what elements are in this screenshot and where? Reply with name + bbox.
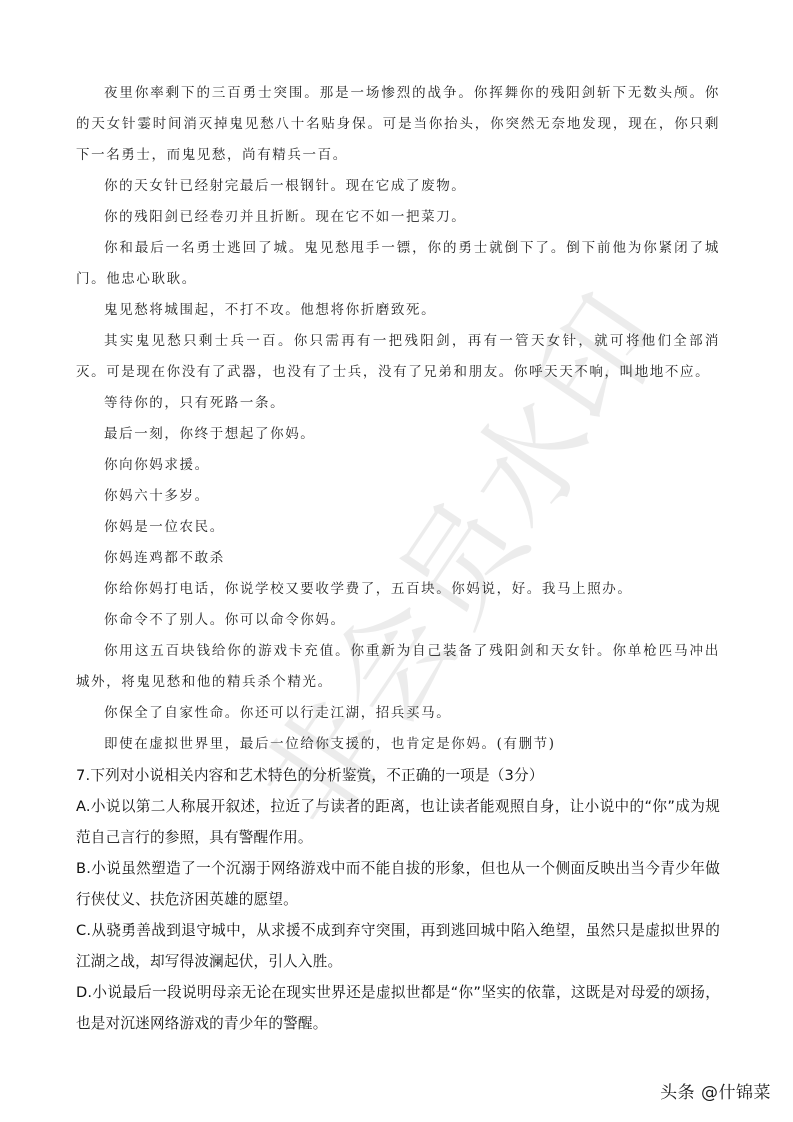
passage-paragraph: 你保全了自家性命。你还可以行走江湖，招兵买马。 bbox=[76, 698, 720, 729]
passage-paragraph: 你给你妈打电话，你说学校又要收学费了，五百块。你妈说，好。我马上照办。 bbox=[76, 574, 720, 605]
passage-paragraph: 你的天女针已经射完最后一根钢针。现在它成了废物。 bbox=[76, 171, 720, 202]
passage-paragraph: 其实鬼见愁只剩士兵一百。你只需再有一把残阳剑，再有一管天女针，就可将他们全部消灭… bbox=[76, 326, 720, 388]
option-label: B. bbox=[76, 860, 91, 877]
option-text: 小说最后一段说明母亲无论在现实世界还是虚拟世都是“你”坚实的依靠，这既是对母爱的… bbox=[76, 984, 720, 1032]
source-credit: 头条 @什锦菜 bbox=[660, 1078, 771, 1103]
option-text: 小说以第二人称展开叙述，拉近了与读者的距离，也让读者能观照自身，让小说中的“你”… bbox=[76, 798, 720, 846]
option-label: C. bbox=[76, 922, 91, 939]
passage-paragraph: 夜里你率剩下的三百勇士突围。那是一场惨烈的战争。你挥舞你的残阳剑斩下无数头颅。你… bbox=[76, 78, 720, 171]
passage-paragraph: 你的残阳剑已经卷刃并且折断。现在它不如一把菜刀。 bbox=[76, 202, 720, 233]
passage-paragraph: 你用这五百块钱给你的游戏卡充值。你重新为自己装备了残阳剑和天女针。你单枪匹马冲出… bbox=[76, 636, 720, 698]
option-a: A.小说以第二人称展开叙述，拉近了与读者的距离，也让读者能观照自身，让小说中的“… bbox=[76, 791, 720, 853]
passage-paragraph: 即使在虚拟世界里，最后一位给你支援的，也肯定是你妈。(有删节) bbox=[76, 729, 720, 760]
option-d: D.小说最后一段说明母亲无论在现实世界还是虚拟世都是“你”坚实的依靠，这既是对母… bbox=[76, 977, 720, 1039]
story-passage: 夜里你率剩下的三百勇士突围。那是一场惨烈的战争。你挥舞你的残阳剑斩下无数头颅。你… bbox=[76, 78, 720, 760]
passage-paragraph: 你妈六十多岁。 bbox=[76, 481, 720, 512]
passage-paragraph: 你命令不了别人。你可以命令你妈。 bbox=[76, 605, 720, 636]
passage-paragraph: 你妈是一位农民。 bbox=[76, 512, 720, 543]
passage-paragraph: 鬼见愁将城围起，不打不攻。他想将你折磨致死。 bbox=[76, 295, 720, 326]
question-7: 7.下列对小说相关内容和艺术特色的分析鉴赏，不正确的一项是（3分） A.小说以第… bbox=[76, 760, 720, 1039]
option-label: D. bbox=[76, 984, 92, 1001]
document-page: 夜里你率剩下的三百勇士突围。那是一场惨烈的战争。你挥舞你的残阳剑斩下无数头颅。你… bbox=[76, 78, 720, 1039]
question-stem: 7.下列对小说相关内容和艺术特色的分析鉴赏，不正确的一项是（3分） bbox=[76, 760, 720, 791]
passage-paragraph: 你和最后一名勇士逃回了城。鬼见愁甩手一镖，你的勇士就倒下了。倒下前他为你紧闭了城… bbox=[76, 233, 720, 295]
option-text: 小说虽然塑造了一个沉溺于网络游戏中而不能自拔的形象，但也从一个侧面反映出当今青少… bbox=[76, 860, 720, 908]
option-b: B.小说虽然塑造了一个沉溺于网络游戏中而不能自拔的形象，但也从一个侧面反映出当今… bbox=[76, 853, 720, 915]
passage-paragraph: 等待你的，只有死路一条。 bbox=[76, 388, 720, 419]
passage-paragraph: 你向你妈求援。 bbox=[76, 450, 720, 481]
option-c: C.从骁勇善战到退守城中，从求援不成到弃守突围，再到逃回城中陷入绝望，虽然只是虚… bbox=[76, 915, 720, 977]
passage-paragraph: 最后一刻，你终于想起了你妈。 bbox=[76, 419, 720, 450]
option-label: A. bbox=[76, 798, 91, 815]
passage-paragraph: 你妈连鸡都不敢杀 bbox=[76, 543, 720, 574]
option-text: 从骁勇善战到退守城中，从求援不成到弃守突围，再到逃回城中陷入绝望，虽然只是虚拟世… bbox=[76, 922, 720, 970]
